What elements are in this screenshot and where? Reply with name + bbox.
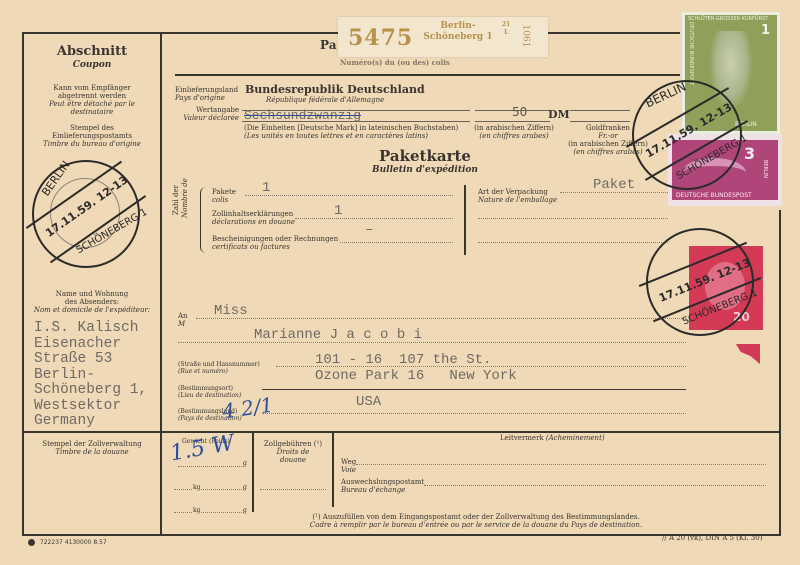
origin-label: Einlieferungsland Pays d'origine — [175, 86, 238, 102]
detach-note-de-1: Kann vom Empfänger — [24, 84, 160, 92]
counts-side-label: Zahl der — [172, 185, 180, 215]
sender-line: Germany — [34, 414, 147, 430]
form-top-line-right — [548, 32, 680, 34]
customs-stamp-de: Stempel der Zollverwaltung — [24, 440, 160, 448]
counts-brace — [200, 187, 207, 253]
recipient-street: 101 - 16 107 the St. — [315, 352, 491, 368]
recipient-city: Ozone Park 16 New York — [315, 368, 517, 384]
packing-extra-line-1 — [478, 218, 668, 219]
counts-side-label-fr: Nombre de — [181, 178, 189, 218]
declared-value-words-hint: (Die Einheiten [Deutsche Mark] in latein… — [244, 124, 458, 140]
bottom-section-top-line — [22, 431, 781, 433]
parcel-label-code-1: 21 — [502, 21, 510, 29]
recipient-line-1[interactable] — [196, 318, 686, 319]
sender-line: Westsektor — [34, 399, 147, 415]
weight-field-3[interactable] — [174, 512, 244, 513]
route-de: Weg — [341, 458, 356, 466]
origin-stamp-label-2: Einlieferungspostamts — [24, 132, 160, 140]
routing-title-de: Leitvermerk — [500, 434, 544, 442]
declared-value-label-fr: Valeur déclarée — [175, 114, 239, 122]
sender-line: Berlin- — [34, 368, 147, 384]
coupon-right-border — [160, 32, 162, 536]
street-label: (Straße und Hausnummer) (Rue et numéro) — [178, 361, 260, 375]
count-row-declarations: Zollinhaltserklärungen déclarations en d… — [212, 210, 295, 226]
count-label-de: Pakete — [212, 188, 236, 196]
counts-col-divider — [464, 185, 466, 255]
customs-stamp-fr: Timbre de la douane — [24, 448, 160, 456]
recipient-country: USA — [356, 394, 381, 410]
packing-label: Art der Verpackung Nature de l'emballage — [478, 188, 557, 204]
recipient-name: Marianne J a c o b i — [254, 327, 422, 343]
declared-value-label: Wertangabe Valeur déclarée — [175, 106, 239, 122]
routing-title: Leitvermerk (Acheminement) — [500, 434, 605, 442]
weight-field-1[interactable] — [178, 466, 244, 467]
duties-fr-2: douane — [256, 456, 330, 464]
count-certificates-value: – — [365, 222, 373, 238]
parcel-number-label: 5475 Berlin- Schöneberg 1 21 L 1061 — [338, 17, 548, 57]
duties-label: Zollgebühren (¹) Droits de douane — [256, 440, 330, 464]
parcel-label-office-2: Schöneberg 1 — [418, 32, 498, 43]
declared-value-digits-hint: (in arabischen Ziffern) (en chiffres ara… — [474, 124, 554, 140]
printer-mark-icon — [28, 539, 35, 546]
pa-label: Pa — [320, 38, 336, 52]
sender-label: Name und Wohnung des Absenders: Nom et d… — [24, 290, 160, 314]
recipient-an-label: An M — [178, 312, 188, 328]
parcel-label-side: 1061 — [520, 25, 530, 48]
country-field[interactable] — [262, 413, 686, 414]
count-label-fr: certificats ou factures — [212, 243, 338, 251]
imprint-right: // A 20 (vk), DIN A 5 (Kl. 30) — [662, 535, 762, 542]
coupon-section: Abschnitt Coupon Kann vom Empfänger abge… — [24, 44, 160, 148]
count-declarations-value: 1 — [334, 203, 342, 219]
digits-hint-de: (in arabischen Ziffern) — [474, 124, 554, 132]
stamp-1-value: 1 — [761, 23, 770, 38]
sender-line: I.S. Kalisch — [34, 321, 147, 337]
form-subtitle: Bulletin d'expédition — [340, 165, 510, 175]
sender-line: Eisenacher — [34, 337, 147, 353]
weight-kg-3: kg — [192, 507, 201, 514]
sender-line: Straße 53 — [34, 352, 147, 368]
exchange-label: Auswechslungspostamt Bureau d'échange — [341, 478, 424, 494]
exchange-fr: Bureau d'échange — [341, 486, 424, 494]
words-hint-de: (Die Einheiten [Deutsche Mark] in latein… — [244, 124, 458, 132]
weight-field-2[interactable] — [174, 489, 244, 490]
count-row-packages: Pakete colis — [212, 188, 236, 204]
count-label-fr: déclarations en douane — [212, 218, 295, 226]
street-label-de: (Straße und Hausnummer) — [178, 361, 260, 368]
street-label-fr: (Rue et numéro) — [178, 368, 260, 375]
origin-label-de: Einlieferungsland — [175, 86, 238, 94]
coupon-postmark: 17.11.59. 12-13 BERLIN SCHÖNEBERG 1 — [32, 160, 140, 268]
place-label: (Bestimmungsort) (Lieu de destination) — [178, 385, 241, 399]
packing-label-fr: Nature de l'emballage — [478, 196, 557, 204]
coupon-title: Abschnitt — [24, 44, 160, 59]
count-label-de: Zollinhaltserklärungen — [212, 210, 295, 218]
weight-kg-2: kg — [192, 484, 201, 491]
parcel-number: 5475 — [348, 25, 413, 51]
origin-stamp-label-fr: Timbre du bureau d'origine — [24, 140, 160, 148]
count-packages-field[interactable] — [245, 195, 453, 196]
header-underline — [175, 74, 680, 76]
origin-stamp-label-1: Stempel des — [24, 124, 160, 132]
coupon-subtitle: Coupon — [24, 60, 160, 70]
count-label-de: Bescheinigungen oder Rechnungen — [212, 235, 338, 243]
weight-handwritten: 1.5 W — [168, 431, 236, 467]
declared-value-digits: 50 — [512, 105, 527, 119]
declared-value-words: Sechsundzwanzig — [244, 108, 361, 123]
footnote-de: (¹) Auszufüllen von dem Eingangspostamt … — [296, 513, 656, 521]
parcel-label-code-2: L — [502, 29, 510, 37]
counts-side-label-de: Zahl der — [172, 185, 180, 215]
footnote: (¹) Auszufüllen von dem Eingangspostamt … — [296, 513, 656, 529]
duties-col-divider — [332, 432, 334, 507]
route-fr: Voie — [341, 466, 356, 474]
count-row-certificates: Bescheinigungen oder Rechnungen certific… — [212, 235, 338, 251]
detach-note-fr-1: Peut être détaché par le — [24, 100, 160, 108]
duties-field[interactable] — [260, 489, 326, 490]
parcel-label-office-1: Berlin- — [418, 21, 498, 32]
weight-g-3: g — [243, 507, 247, 514]
stamp-1-title: SCHLÜTER·GROSSER KURFÜRST — [688, 16, 768, 22]
count-packages-value: 1 — [262, 180, 270, 196]
stamp-2-country: DEUTSCHE BUNDESPOST — [676, 192, 752, 199]
customs-stamp-label: Stempel der Zollverwaltung Timbre de la … — [24, 440, 160, 456]
count-declarations-field[interactable] — [295, 218, 453, 219]
duties-fr-1: Droits de — [256, 448, 330, 456]
sender-address: I.S. Kalisch Eisenacher Straße 53 Berlin… — [34, 321, 147, 430]
stamp-2-city: BERLIN — [762, 160, 768, 178]
sender-label-2: des Absenders: — [24, 298, 160, 306]
weight-g-1: g — [243, 460, 247, 467]
sender-label-fr: Nom et domicile de l'expéditeur: — [24, 306, 160, 314]
stamp-postmark-1: 17.11.59. 12-13 BERLIN SCHÖNEBERG 1 — [632, 80, 744, 192]
stamp-postmark-2: 17.11.59. 12-13 SCHÖNEBERG 1 — [646, 228, 758, 340]
packing-value: Paket — [593, 177, 635, 193]
sender-label-1: Name und Wohnung — [24, 290, 160, 298]
duties-de: Zollgebühren (¹) — [256, 440, 330, 448]
declared-value-label-de: Wertangabe — [175, 106, 239, 114]
words-hint-fr: (Les unités en toutes lettres et en cara… — [244, 132, 458, 140]
origin-value: Bundesrepublik Deutschland — [245, 83, 425, 96]
stamp-2-value: 3 — [744, 144, 755, 163]
weight-col-divider — [252, 432, 254, 512]
routing-title-fr: (Acheminement) — [546, 434, 605, 442]
gold-franc-lines — [570, 110, 630, 122]
place-label-de: (Bestimmungsort) — [178, 385, 241, 392]
packing-label-de: Art der Verpackung — [478, 188, 557, 196]
imprint-left: 722237 4130000 8.57 — [28, 539, 107, 546]
form-top-line-left — [22, 32, 340, 34]
digits-hint-fr: (en chiffres arabes) — [474, 132, 554, 140]
origin-value-fr: République fédérale d'Allemagne — [266, 96, 384, 104]
numero-text: Numéro(s) du (ou des) colis — [340, 58, 450, 67]
detach-note-fr-2: destinataire — [24, 108, 160, 116]
route-label: Weg Voie — [341, 458, 356, 474]
place-field-line — [262, 389, 686, 390]
an-label-fr: M — [178, 320, 188, 328]
stamp-torn-fragment — [736, 344, 760, 364]
exchange-field[interactable] — [424, 485, 766, 486]
sender-line: Schöneberg 1, — [34, 383, 147, 399]
detach-note-de-2: abgetrennt werden — [24, 92, 160, 100]
form-right-border — [779, 210, 781, 536]
weight-g-2: g — [243, 484, 247, 491]
route-field[interactable] — [356, 464, 766, 465]
imprint-code: 722237 4130000 8.57 — [40, 539, 107, 546]
count-label-fr: colis — [212, 196, 236, 204]
declared-value-currency: DM — [548, 108, 570, 121]
exchange-de: Auswechslungspostamt — [341, 478, 424, 486]
form-title: Paketkarte — [340, 147, 510, 165]
packing-extra-line-2 — [478, 242, 668, 243]
count-certificates-field[interactable] — [340, 242, 453, 243]
an-label: An — [178, 312, 188, 320]
footnote-fr: Cadre à remplir par le bureau d'entrée o… — [296, 521, 656, 529]
origin-label-fr: Pays d'origine — [175, 94, 238, 102]
recipient-salutation: Miss — [214, 303, 248, 319]
